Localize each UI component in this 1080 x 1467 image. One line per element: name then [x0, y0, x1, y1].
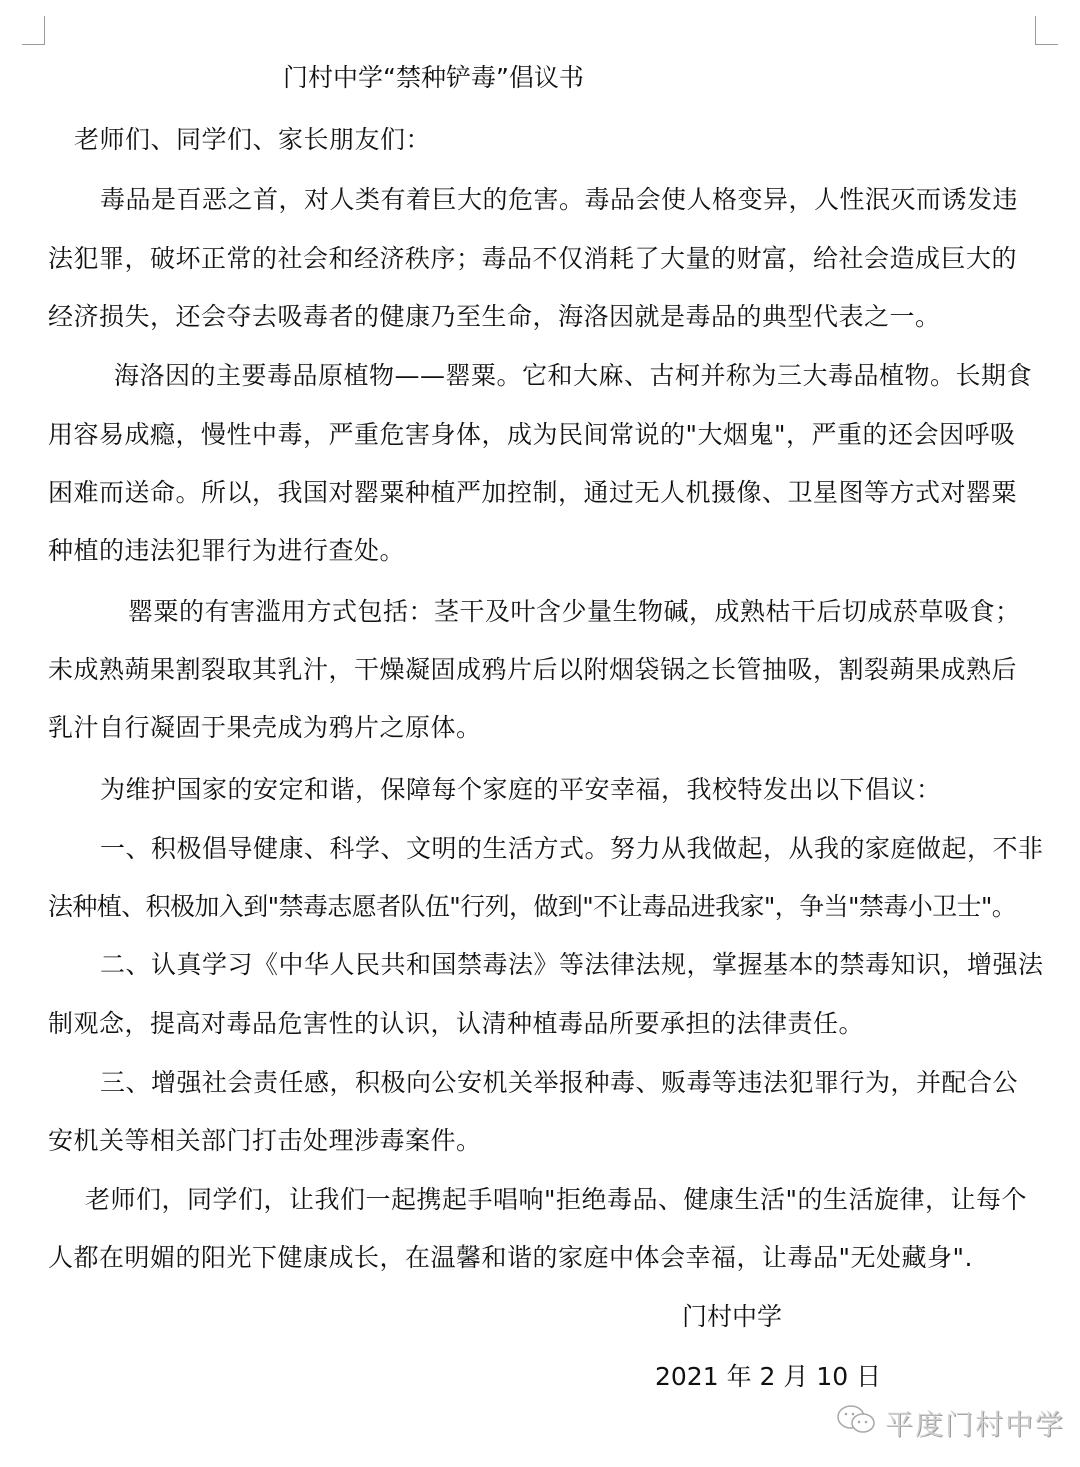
page-corner-mark-right [1035, 16, 1058, 45]
salutation: 老师们、同学们、家长朋友们： [74, 120, 431, 156]
proposal-3-line-2: 安机关等相关部门打击处理涉毒案件。 [48, 1121, 482, 1157]
date: 2021 年 2 月 10 日 [655, 1357, 881, 1393]
paragraph-3-line-3: 乳汁自行凝固于果壳成为鸦片之原体。 [48, 708, 482, 744]
wechat-icon [835, 1403, 879, 1443]
proposal-1-line-2: 法种植、积极加入到"禁毒志愿者队伍"行列，做到"不让毒品进我家"，争当"禁毒小卫… [48, 887, 1016, 923]
paragraph-1-line-3: 经济损失，还会夺去吸毒者的健康乃至生命，海洛因就是毒品的典型代表之一。 [48, 297, 941, 333]
paragraph-1-line-1: 毒品是百恶之首，对人类有着巨大的危害。毒品会使人格变异，人性泯灭而诱发违 [100, 180, 1018, 216]
document-title: 门村中学“禁种铲毒”倡议书 [283, 58, 584, 94]
signature: 门村中学 [682, 1297, 782, 1333]
page-corner-mark-left [22, 16, 45, 45]
paragraph-1-line-2: 法犯罪，破坏正常的社会和经济秩序；毒品不仅消耗了大量的财富，给社会造成巨大的 [48, 239, 1017, 275]
paragraph-2-line-2: 用容易成瘾，慢性中毒，严重危害身体，成为民间常说的"大烟鬼"，严重的还会因呼吸 [48, 415, 1016, 451]
paragraph-4-line-1: 为维护国家的安定和谐，保障每个家庭的平安幸福，我校特发出以下倡议： [100, 770, 942, 806]
proposal-3-line-1: 三、增强社会责任感，积极向公安机关举报种毒、贩毒等违法犯罪行为，并配合公 [100, 1063, 1018, 1099]
paragraph-3-line-2: 未成熟蒴果割裂取其乳汁，干燥凝固成鸦片后以附烟袋锅之长管抽吸，割裂蒴果成熟后 [48, 650, 1017, 686]
paragraph-2-line-3: 困难而送命。所以，我国对罂粟种植严加控制，通过无人机摄像、卫星图等方式对罂粟 [48, 473, 1017, 509]
proposal-2-line-2: 制观念，提高对毒品危害性的认识，认清种植毒品所要承担的法律责任。 [48, 1004, 864, 1040]
closing-line-1: 老师们，同学们，让我们一起携起手唱响"拒绝毒品、健康生活"的生活旋律，让每个 [85, 1180, 1027, 1216]
paragraph-2-line-1: 海洛因的主要毒品原植物——罂粟。它和大麻、古柯并称为三大毒品植物。长期食 [114, 356, 1032, 392]
watermark: 平度门村中学 [835, 1403, 1065, 1443]
proposal-2-line-1: 二、认真学习《中华人民共和国禁毒法》等法律法规，掌握基本的禁毒知识，增强法 [100, 945, 1044, 981]
proposal-1-line-1: 一、积极倡导健康、科学、文明的生活方式。努力从我做起，从我的家庭做起，不非 [100, 829, 1044, 865]
watermark-text: 平度门村中学 [885, 1403, 1065, 1443]
paragraph-3-line-1: 罂粟的有害滥用方式包括：茎干及叶含少量生物碱，成熟枯干后切成菸草吸食； [128, 592, 1021, 628]
paragraph-2-line-4: 种植的违法犯罪行为进行查处。 [48, 531, 405, 567]
closing-line-2: 人都在明媚的阳光下健康成长，在温馨和谐的家庭中体会幸福，让毒品"无处藏身". [48, 1238, 973, 1274]
